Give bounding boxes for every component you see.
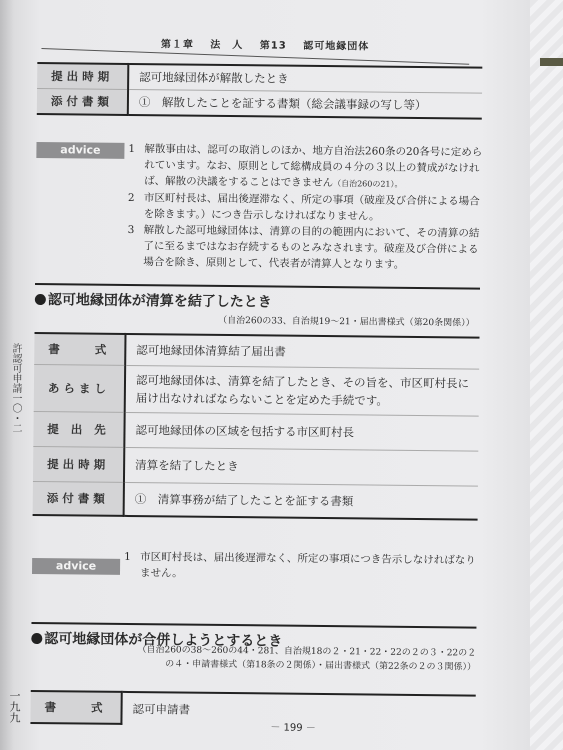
advice-item: 1市区町村長は、届出後遅滞なく、所定の事項につき告示しなければなりません。 [124, 549, 479, 585]
chapter-number: 第１章 [161, 39, 194, 50]
bullet-icon [35, 294, 46, 305]
advice-item: 1解散事由は、認可の取消しのほか、地方自治法260条の20各号に定められています… [128, 141, 483, 194]
bullet-icon [31, 633, 42, 644]
advice-item: 2市区町村長は、届出後遅滞なく、所定の事項（破産及び合併による場合を除きます。）… [128, 190, 483, 226]
advice-item: 3解散した認可地縁団体は、清算の目的の範囲内において、その清算の結了に至るまでは… [127, 222, 482, 274]
row-value: 清算を結了したとき [124, 447, 478, 486]
section-number: 第13 [260, 40, 287, 51]
page-stack-edge [530, 0, 563, 750]
row-label: 提 出 先 [33, 411, 124, 447]
section-heading-liquidation: 認可地縁団体が清算を結了したとき [35, 283, 480, 314]
row-value: ① 清算事務が結了したことを証する書類 [124, 482, 478, 519]
row-label: 添付書類 [37, 88, 128, 114]
table-row: 添付書類 ① 解散したことを証する書類（総会議事録の写し等） [37, 88, 482, 118]
dissolution-table: 提出時期 認可地縁団体が解散したとき 添付書類 ① 解散したことを証する書類（総… [37, 62, 483, 120]
liquidation-table: 書 式 認可地縁団体清算結了届出書 あらまし 認可地縁団体は、清算を結了したとき… [33, 332, 480, 521]
row-label: 提出時期 [37, 63, 128, 89]
legal-citation: （自治260の33、自治規19～21・届出書様式（第20条関係）） [155, 313, 475, 330]
row-value: 認可地縁団体清算結了届出書 [125, 334, 479, 369]
page-tab-marker [540, 58, 563, 66]
table-row: 書 式 認可地縁団体清算結了届出書 [34, 333, 479, 369]
advice-badge: advice [36, 142, 124, 159]
legal-citation: （自治260の38～260の44・281、自治規18の２・21・22・22の２の… [131, 643, 476, 675]
advice-list: 1解散事由は、認可の取消しのほか、地方自治法260条の20各号に定められています… [127, 141, 483, 274]
advice-badge: advice [32, 558, 120, 575]
table-row: 書 式 認可申請書 [30, 691, 475, 728]
table-row: 提 出 先 認可地縁団体の区域を包括する市区町村長 [33, 411, 478, 451]
row-label: 書 式 [34, 333, 125, 365]
row-value: 認可地縁団体は、清算を結了したとき、その旨を、市区町村長に届け出なければならない… [125, 365, 479, 416]
table-row: 提出時期 清算を結了したとき [33, 446, 478, 486]
page-number: － 199 － [270, 718, 316, 733]
section-title: 認可地縁団体 [303, 41, 369, 53]
merger-table: 書 式 認可申請書 [30, 690, 475, 729]
table-row: 添付書類 ① 清算事務が結了したことを証する書類 [33, 481, 478, 519]
row-label: 書 式 [30, 691, 121, 724]
table-row: あらまし 認可地縁団体は、清算を結了したとき、その旨を、市区町村長に届け出なけれ… [34, 364, 479, 416]
side-page-number: 一九九 [6, 690, 20, 723]
advice-list: 1市区町村長は、届出後遅滞なく、所定の事項につき告示しなければなりません。 [124, 549, 479, 585]
row-value: 認可地縁団体が解散したとき [128, 64, 482, 93]
row-label: 提出時期 [33, 446, 124, 482]
row-value: 認可地縁団体の区域を包括する市区町村長 [124, 412, 478, 451]
row-label: 添付書類 [33, 481, 124, 515]
row-value: ① 解散したことを証する書類（総会議事録の写し等） [128, 89, 482, 118]
row-label: あらまし [34, 364, 125, 412]
page-content: 第１章 法 人 第13 認可地縁団体 提出時期 認可地縁団体が解散したとき 添付… [30, 0, 493, 750]
side-vertical-label: 許認可申請一〇・二 [7, 343, 21, 433]
chapter-title: 法 人 [210, 40, 243, 51]
